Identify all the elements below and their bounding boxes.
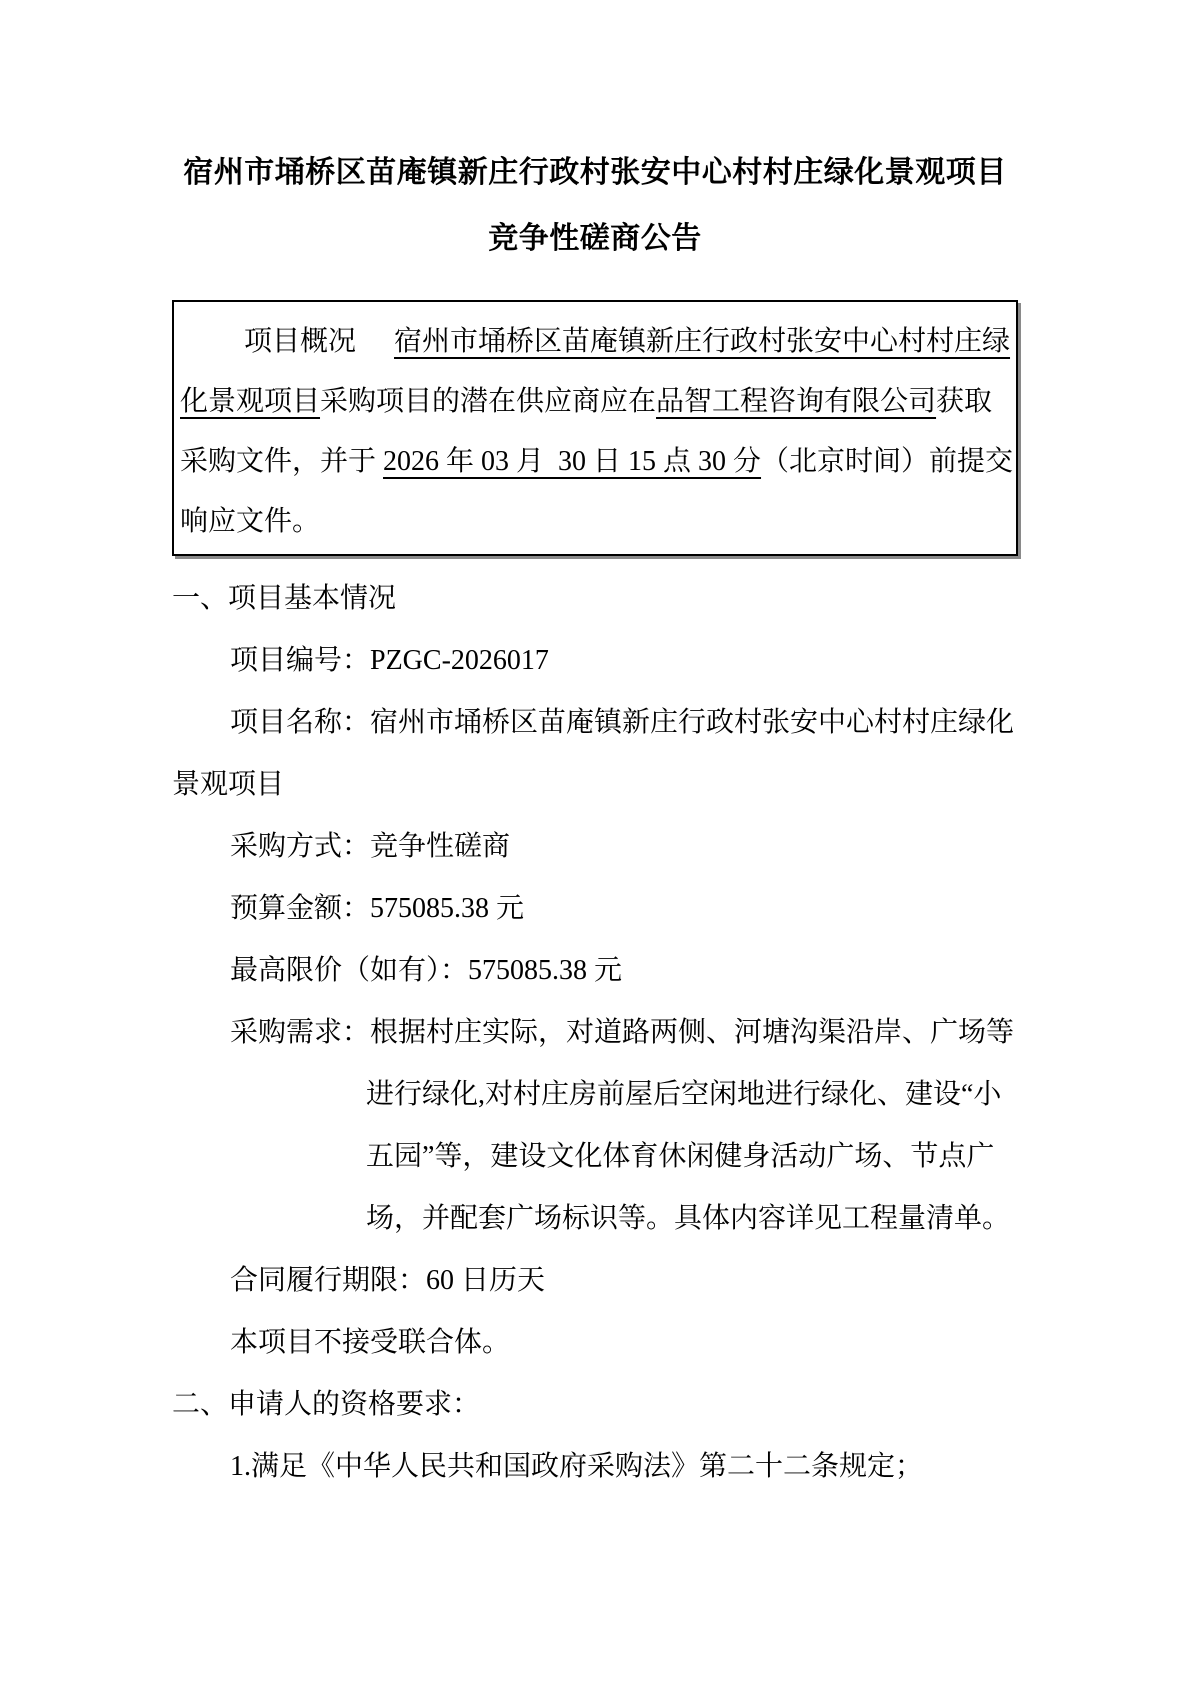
- overview-middle-text: 采购项目的潜在供应商应在: [320, 386, 656, 417]
- overview-line-2: 化景观项目采购项目的潜在供应商应在品智工程咨询有限公司获取: [180, 372, 1008, 432]
- no-consortium-line: 本项目不接受联合体。: [172, 1312, 1018, 1374]
- document-page: 宿州市埇桥区苗庵镇新庄行政村张安中心村村庄绿化景观项目 竞争性磋商公告 项目概况…: [0, 0, 1190, 1683]
- overview-line-4: 响应文件。: [180, 492, 1008, 552]
- document-title-line2: 竞争性磋商公告: [172, 206, 1018, 272]
- overview-line-3: 采购文件，并于 2026 年 03 月 30 日 15 点 30 分（北京时间）…: [180, 432, 1008, 492]
- project-number-line: 项目编号：PZGC-2026017: [172, 630, 1018, 692]
- agency-name-underlined: 品智工程咨询有限公司: [656, 386, 936, 417]
- deadline-prefix: 采购文件，并于: [180, 446, 383, 477]
- project-name-line-1: 项目名称：宿州市埇桥区苗庵镇新庄行政村张安中心村村庄绿化: [172, 692, 1018, 754]
- contract-period-line: 合同履行期限：60 日历天: [172, 1250, 1018, 1312]
- max-price-line: 最高限价（如有）：575085.38 元: [172, 940, 1018, 1002]
- section2-heading: 二、申请人的资格要求：: [172, 1374, 1018, 1436]
- requirement-line-1: 采购需求：根据村庄实际，对道路两侧、河塘沟渠沿岸、广场等: [172, 1002, 1018, 1064]
- qualification-item-1: 1.满足《中华人民共和国政府采购法》第二十二条规定；: [172, 1436, 1018, 1498]
- overview-label: 项目概况: [244, 326, 356, 357]
- deadline-underlined: 2026 年 03 月 30 日 15 点 30 分: [383, 446, 761, 477]
- document-title-line1: 宿州市埇桥区苗庵镇新庄行政村张安中心村村庄绿化景观项目: [172, 140, 1018, 206]
- project-name-underlined-part2: 化景观项目: [180, 386, 320, 417]
- deadline-suffix: （北京时间）前提交: [761, 446, 1013, 477]
- project-overview-box: 项目概况宿州市埇桥区苗庵镇新庄行政村张安中心村村庄绿 化景观项目采购项目的潜在供…: [172, 300, 1018, 556]
- section1-heading: 一、项目基本情况: [172, 568, 1018, 630]
- requirement-line-2: 进行绿化,对村庄房前屋后空闲地进行绿化、建设“小: [172, 1064, 1018, 1126]
- procurement-method-line: 采购方式：竞争性磋商: [172, 816, 1018, 878]
- requirement-line-4: 场，并配套广场标识等。具体内容详见工程量清单。: [172, 1188, 1018, 1250]
- overview-line-1: 项目概况宿州市埇桥区苗庵镇新庄行政村张安中心村村庄绿: [180, 312, 1008, 372]
- requirement-line-3: 五园”等，建设文化体育休闲健身活动广场、节点广: [172, 1126, 1018, 1188]
- overview-after-agency: 获取: [936, 386, 992, 417]
- project-name-line-2: 景观项目: [172, 754, 1018, 816]
- budget-line: 预算金额：575085.38 元: [172, 878, 1018, 940]
- project-name-underlined-part1: 宿州市埇桥区苗庵镇新庄行政村张安中心村村庄绿: [394, 326, 1010, 357]
